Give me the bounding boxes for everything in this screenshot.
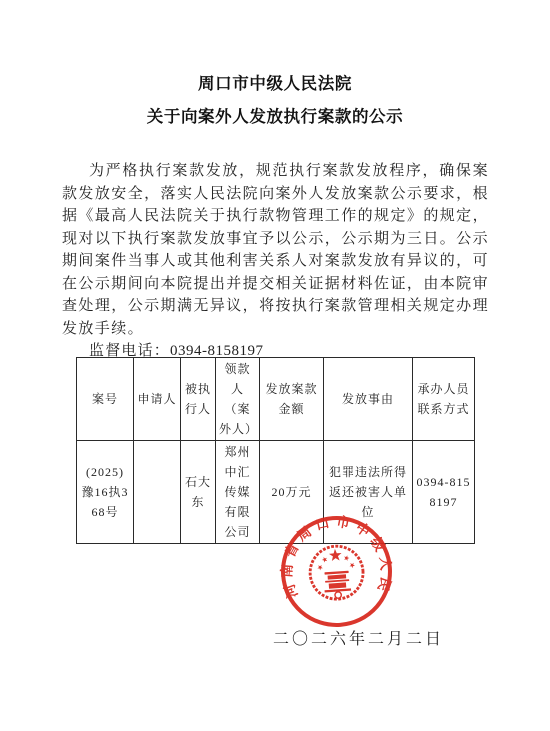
court-notice-page: 周口市中级人民法院 关于向案外人发放执行案款的公示 为严格执行案款发放，规范执行… — [0, 0, 550, 731]
header-reason: 发放事由 — [324, 358, 413, 441]
table-header-row: 案号 申请人 被执行人 领款人（案外人） 发放案款金额 发放事由 承办人员联系方… — [77, 358, 475, 441]
cell-contact: 0394-8158197 — [413, 441, 475, 544]
cell-reason: 犯罪违法所得返还被害人单位 — [324, 441, 413, 544]
header-payee: 领款人（案外人） — [216, 358, 260, 441]
national-emblem-icon — [308, 544, 364, 600]
header-amount: 发放案款金额 — [260, 358, 324, 441]
case-disbursement-table: 案号 申请人 被执行人 领款人（案外人） 发放案款金额 发放事由 承办人员联系方… — [76, 357, 475, 544]
cell-amount: 20万元 — [260, 441, 324, 544]
notice-body: 为严格执行案款发放，规范执行案款发放程序，确保案款发放安全，落实人民法院向案外人… — [62, 160, 489, 363]
court-name-title: 周口市中级人民法院 — [0, 70, 550, 94]
cell-case-number: (2025)豫16执368号 — [77, 441, 134, 544]
header-applicant: 申请人 — [134, 358, 181, 441]
header-contact: 承办人员联系方式 — [413, 358, 475, 441]
notice-title: 关于向案外人发放执行案款的公示 — [0, 103, 550, 127]
notice-paragraph: 为严格执行案款发放，规范执行案款发放程序，确保案款发放安全，落实人民法院向案外人… — [62, 160, 489, 340]
document-date: 二〇二六年二月二日 — [273, 626, 444, 649]
cell-payee: 郑州中汇传媒有限公司 — [216, 441, 260, 544]
table-row: (2025)豫16执368号 石大东 郑州中汇传媒有限公司 20万元 犯罪违法所… — [77, 441, 475, 544]
header-executee: 被执行人 — [181, 358, 216, 441]
cell-applicant — [134, 441, 181, 544]
cell-executee: 石大东 — [181, 441, 216, 544]
header-case-number: 案号 — [77, 358, 134, 441]
